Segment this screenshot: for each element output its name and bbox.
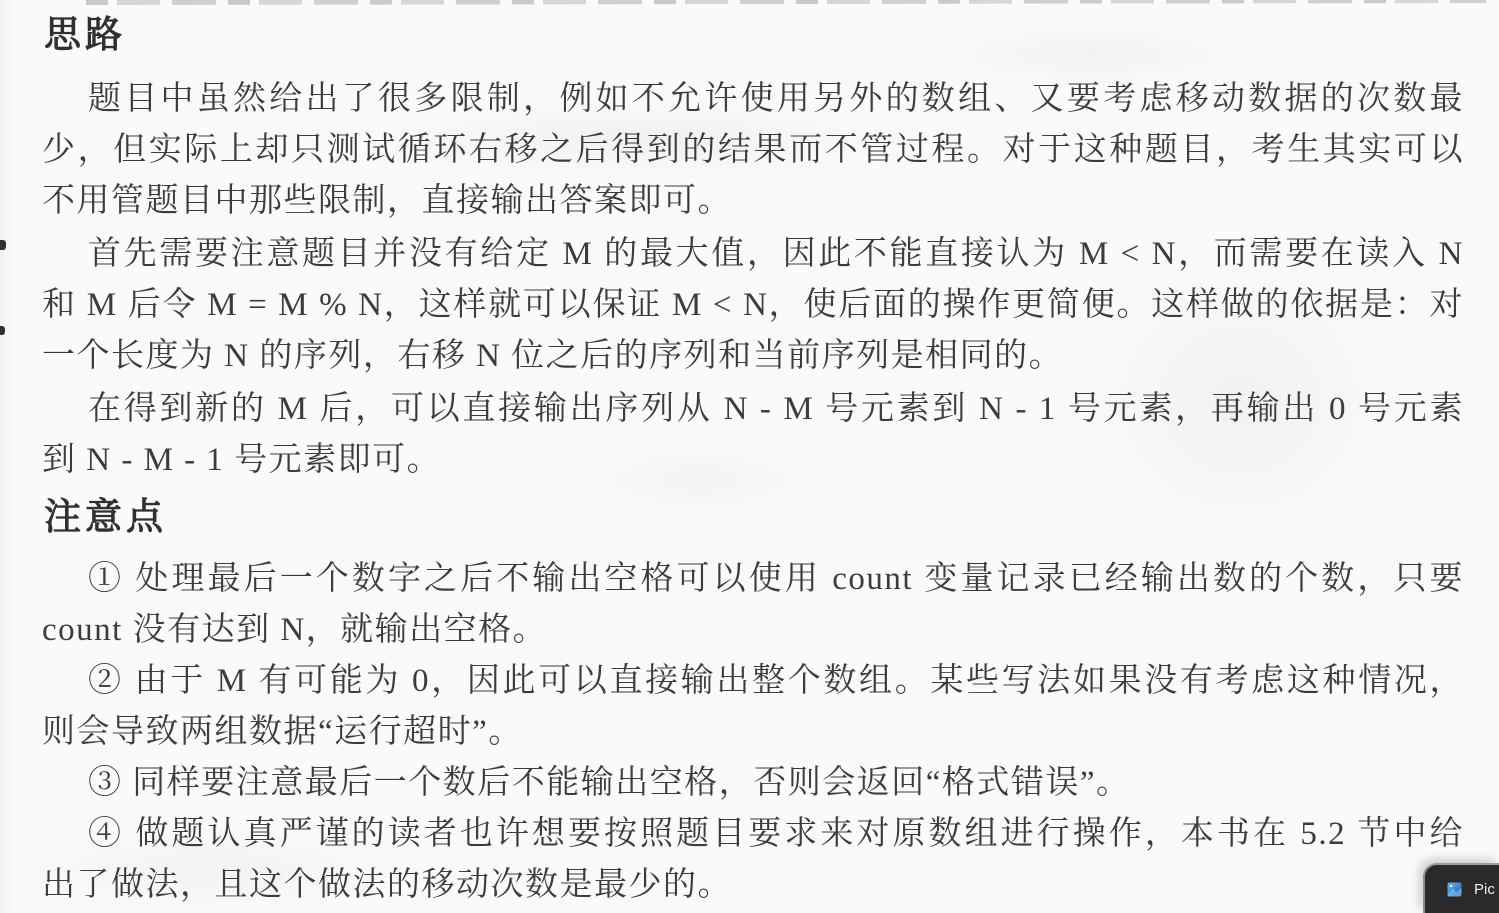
text-line: ① 处理最后一个数字之后不输出空格可以使用 count 变量记录已经输出数的个数… bbox=[42, 554, 1464, 605]
text-line: 在得到新的 M 后，可以直接输出序列从 N - M 号元素到 N - 1 号元素… bbox=[42, 384, 1464, 435]
text-line: 一个长度为 N 的序列，右移 N 位之后的序列和当前序列是相同的。 bbox=[42, 331, 1464, 382]
scan-edge-mark bbox=[0, 240, 6, 250]
text-line: ③ 同样要注意最后一个数后不能输出空格，否则会返回“格式错误”。 bbox=[42, 758, 1464, 809]
section-heading: 思路 bbox=[44, 12, 1464, 58]
text-line: 不用管题目中那些限制，直接输出答案即可。 bbox=[42, 176, 1464, 227]
paragraph: ① 处理最后一个数字之后不输出空格可以使用 count 变量记录已经输出数的个数… bbox=[42, 554, 1464, 656]
pictures-icon bbox=[1447, 882, 1462, 897]
paragraph: ② 由于 M 有可能为 0，因此可以直接输出整个数组。某些写法如果没有考虑这种情… bbox=[42, 656, 1464, 758]
paragraph: 首先需要注意题目并没有给定 M 的最大值，因此不能直接认为 M < N，而需要在… bbox=[42, 229, 1464, 382]
text-line: 出了做法，且这个做法的移动次数是最少的。 bbox=[42, 860, 1464, 911]
screen: 思路题目中虽然给出了很多限制，例如不允许使用另外的数组、又要考虑移动数据的次数最… bbox=[0, 0, 1499, 913]
text-line: 首先需要注意题目并没有给定 M 的最大值，因此不能直接认为 M < N，而需要在… bbox=[42, 229, 1464, 280]
paragraph: 在得到新的 M 后，可以直接输出序列从 N - M 号元素到 N - 1 号元素… bbox=[42, 384, 1464, 486]
paragraph: 题目中虽然给出了很多限制，例如不允许使用另外的数组、又要考虑移动数据的次数最少，… bbox=[42, 74, 1464, 227]
text-line: count 没有达到 N，就输出空格。 bbox=[42, 605, 1464, 656]
section-heading: 注意点 bbox=[44, 494, 1464, 540]
page-content: 思路题目中虽然给出了很多限制，例如不允许使用另外的数组、又要考虑移动数据的次数最… bbox=[42, 0, 1464, 911]
text-line: 到 N - M - 1 号元素即可。 bbox=[42, 435, 1464, 486]
text-line: 则会导致两组数据“运行超时”。 bbox=[42, 707, 1464, 758]
text-line: ② 由于 M 有可能为 0，因此可以直接输出整个数组。某些写法如果没有考虑这种情… bbox=[42, 656, 1464, 707]
text-line: 题目中虽然给出了很多限制，例如不允许使用另外的数组、又要考虑移动数据的次数最 bbox=[42, 74, 1464, 125]
paragraph: ④ 做题认真严谨的读者也许想要按照题目要求来对原数组进行操作，本书在 5.2 节… bbox=[42, 809, 1464, 911]
taskbar-preview-flyout[interactable]: Pic bbox=[1423, 863, 1499, 913]
scan-edge-mark bbox=[0, 326, 5, 335]
text-line: ④ 做题认真严谨的读者也许想要按照题目要求来对原数组进行操作，本书在 5.2 节… bbox=[42, 809, 1464, 860]
paragraph: ③ 同样要注意最后一个数后不能输出空格，否则会返回“格式错误”。 bbox=[42, 758, 1464, 809]
text-line: 少，但实际上却只测试循环右移之后得到的结果而不管过程。对于这种题目，考生其实可以 bbox=[42, 125, 1464, 176]
flyout-label: Pic bbox=[1474, 881, 1495, 898]
text-line: 和 M 后令 M = M % N，这样就可以保证 M < N，使后面的操作更简便… bbox=[42, 280, 1464, 331]
